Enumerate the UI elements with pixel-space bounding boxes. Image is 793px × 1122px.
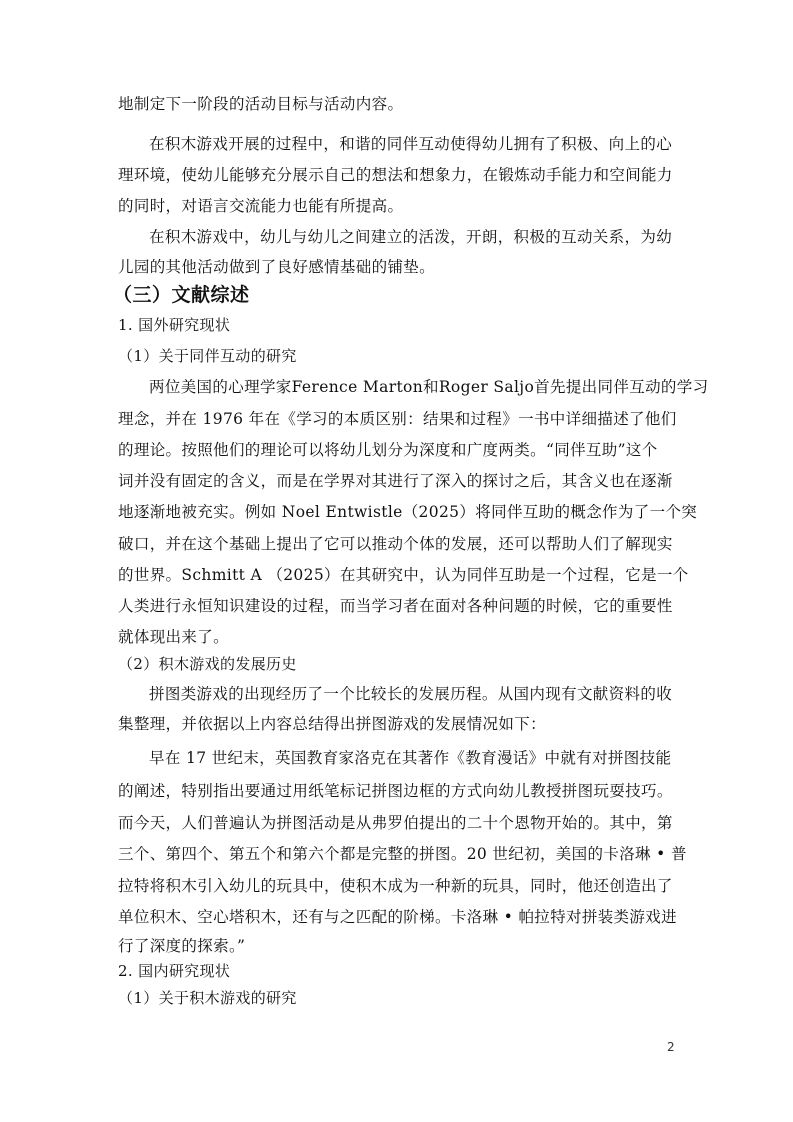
paragraph-line: 拉特将积木引入幼儿的玩具中，使积木成为一种新的玩具，同时，他还创造出了 — [118, 876, 678, 896]
sub-subsection-heading: （2）积木游戏的发展历史 — [118, 654, 678, 674]
paragraph-line: 人类进行永恒知识建设的过程，而当学习者在面对各种问题的时候，它的重要性 — [118, 596, 678, 616]
paragraph-line: 早在 17 世纪末，英国教育家洛克在其著作《教育漫话》中就有对拼图技能 — [149, 748, 678, 768]
sub-subsection-heading: （1）关于积木游戏的研究 — [118, 988, 678, 1008]
paragraph-line: 而今天，人们普遍认为拼图活动是从弗罗伯提出的二十个恩物开始的。其中，第 — [118, 813, 678, 833]
paragraph-line: 拼图类游戏的出现经历了一个比较长的发展历程。从国内现有文献资料的收 — [149, 684, 678, 704]
paragraph-line: 就体现出来了。 — [118, 627, 678, 647]
paragraph-line: 的世界。Schmitt A （2025）在其研究中，认为同伴互助是一个过程，它是… — [118, 565, 678, 585]
sub-subsection-heading: （1）关于同伴互动的研究 — [118, 346, 678, 366]
paragraph-line: 儿园的其他活动做到了良好感情基础的铺垫。 — [118, 257, 678, 277]
paragraph-line: 理念，并在 1976 年在《学习的本质区别：结果和过程》一书中详细描述了他们 — [118, 409, 678, 429]
subsection-heading: 1. 国外研究现状 — [118, 315, 678, 335]
section-heading: （三）文献综述 — [113, 285, 673, 305]
paragraph-line: 的同时，对语言交流能力也能有所提高。 — [118, 196, 678, 216]
paragraph-line: 三个、第四个、第五个和第六个都是完整的拼图。20 世纪初，美国的卡洛琳 • 普 — [118, 844, 678, 864]
paragraph-line: 在积木游戏中，幼儿与幼儿之间建立的活泼，开朗，积极的互动关系，为幼 — [149, 227, 678, 247]
document-page: 地制定下一阶段的活动目标与活动内容。 在积木游戏开展的过程中，和谐的同伴互动使得… — [0, 0, 793, 1122]
paragraph-line: 理环境，使幼儿能够充分展示自己的想法和想象力，在锻炼动手能力和空间能力 — [118, 165, 678, 185]
subsection-heading: 2. 国内研究现状 — [118, 961, 678, 981]
paragraph-line: 行了深度的探索。” — [118, 936, 678, 956]
paragraph-line: 词并没有固定的含义，而是在学界对其进行了深入的探讨之后，其含义也在逐渐 — [118, 471, 678, 491]
paragraph-line: 单位积木、空心塔积木，还有与之匹配的阶梯。卡洛琳 • 帕拉特对拼装类游戏进 — [118, 907, 678, 927]
paragraph-line: 集整理，并依据以上内容总结得出拼图游戏的发展情况如下： — [118, 714, 678, 734]
paragraph-line: 地制定下一阶段的活动目标与活动内容。 — [118, 94, 678, 114]
paragraph-line: 地逐渐地被充实。例如 Noel Entwistle（2025）将同伴互助的概念作… — [118, 502, 678, 522]
paragraph-line: 两位美国的心理学家Ference Marton和Roger Saljo首先提出同… — [149, 377, 678, 397]
paragraph-line: 的理论。按照他们的理论可以将幼儿划分为深度和广度两类。“同伴互助”这个 — [118, 440, 678, 460]
paragraph-line: 破口，并在这个基础上提出了它可以推动个体的发展，还可以帮助人们了解现实 — [118, 534, 678, 554]
paragraph-line: 在积木游戏开展的过程中，和谐的同伴互动使得幼儿拥有了积极、向上的心 — [149, 134, 678, 154]
page-number: 2 — [667, 1040, 675, 1054]
paragraph-line: 的阐述，特别指出要通过用纸笔标记拼图边框的方式向幼儿教授拼图玩耍技巧。 — [118, 781, 678, 801]
